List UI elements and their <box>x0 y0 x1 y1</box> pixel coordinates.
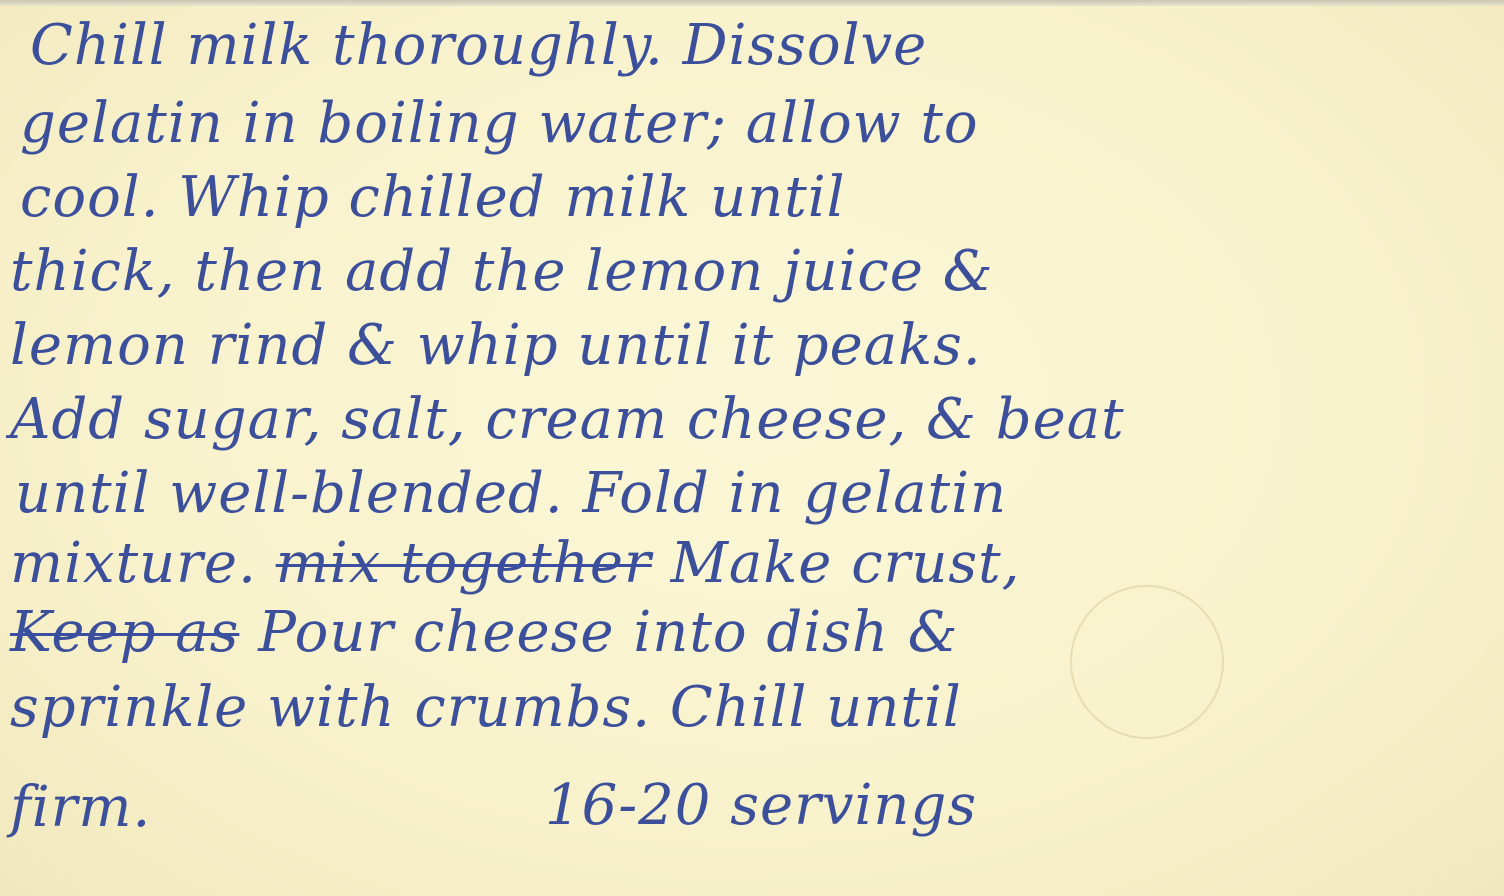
recipe-line-5: lemon rind & whip until it peaks. <box>10 318 982 374</box>
recipe-line-8: mixture. mix together Make crust, <box>10 536 1020 592</box>
recipe-line-9: Keep as Pour cheese into dish & <box>10 605 959 661</box>
recipe-line-6: Add sugar, salt, cream cheese, & beat <box>10 392 1125 448</box>
recipe-line-10: sprinkle with crumbs. Chill until <box>10 680 962 736</box>
struck-text: Keep as <box>10 605 239 661</box>
recipe-line-7: until well-blended. Fold in gelatin <box>15 466 1007 522</box>
card-top-edge <box>0 0 1504 6</box>
recipe-line-2: gelatin in boiling water; allow to <box>20 96 979 152</box>
struck-text: mix together <box>276 536 652 592</box>
recipe-line-11: firm. <box>10 780 151 836</box>
water-stain <box>1070 585 1224 739</box>
recipe-card: Chill milk thoroughly. Dissolve gelatin … <box>0 0 1504 896</box>
recipe-line-1: Chill milk thoroughly. Dissolve <box>30 18 927 74</box>
recipe-line-3: cool. Whip chilled milk until <box>20 170 846 226</box>
servings-note: 16-20 servings <box>545 778 977 834</box>
recipe-line-4: thick, then add the lemon juice & <box>10 244 994 300</box>
